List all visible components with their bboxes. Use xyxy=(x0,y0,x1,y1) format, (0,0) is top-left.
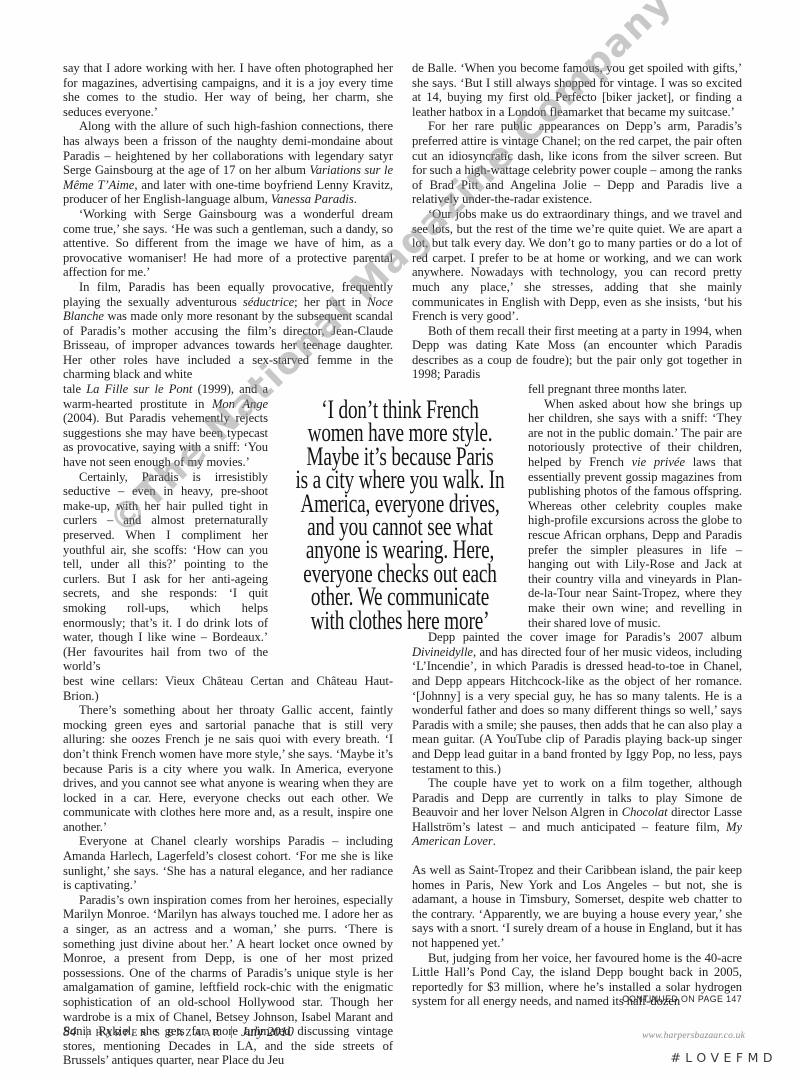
continued-note: CONTINUED ON PAGE 147 xyxy=(606,992,742,1007)
paragraph: ‘Our jobs make us do extraordinary thing… xyxy=(412,207,742,324)
paragraph: As well as Saint-Tropez and their Caribb… xyxy=(412,863,742,951)
footer-divider xyxy=(231,1026,232,1038)
paragraph: best wine cellars: Vieux Château Certan … xyxy=(63,674,393,703)
paragraph: Certainly, Paradis is irresistibly seduc… xyxy=(63,470,268,674)
paragraph: say that I adore working with her. I hav… xyxy=(63,61,393,119)
issue-date: July 2010 xyxy=(241,1024,294,1039)
paragraph: fell pregnant three months later. xyxy=(528,382,742,397)
footer-folio: 84HARPER’S BAZAARJuly 2010 xyxy=(63,1024,294,1040)
magazine-page: ©The National Magazine Company Limited s… xyxy=(0,0,800,1082)
pull-quote: ‘I don’t think French women have more st… xyxy=(278,398,522,632)
paragraph: Everyone at Chanel clearly worships Para… xyxy=(63,834,393,892)
footer-divider xyxy=(86,1026,87,1038)
paragraph: For her rare public appearances on Depp’… xyxy=(412,119,742,207)
paragraph: Paradis’s own inspiration comes from her… xyxy=(63,893,393,1068)
paragraph: ‘Working with Serge Gainsbourg was a won… xyxy=(63,207,393,280)
paragraph: Both of them recall their first meeting … xyxy=(412,324,742,382)
paragraph xyxy=(412,849,742,863)
site-url: www.harpersbazaar.co.uk xyxy=(545,1031,745,1041)
paragraph: tale La Fille sur le Pont (1999), and a … xyxy=(63,382,268,470)
paragraph: Depp painted the cover image for Paradis… xyxy=(412,630,742,776)
paragraph: In film, Paradis has been equally provoc… xyxy=(63,280,393,382)
magazine-title: HARPER’S BAZAAR xyxy=(96,1028,222,1039)
hashtag-lovefmd: #LOVEFMD xyxy=(577,1050,777,1065)
paragraph: There’s something about her throaty Gall… xyxy=(63,703,393,834)
page-number: 84 xyxy=(63,1024,77,1039)
paragraph: Along with the allure of such high-fashi… xyxy=(63,119,393,207)
paragraph: When asked about how she brings up her c… xyxy=(528,397,742,631)
paragraph: de Balle. ‘When you become famous, you g… xyxy=(412,61,742,119)
paragraph: But, judging from her voice, her favoure… xyxy=(412,951,742,1009)
paragraph: The couple have yet to work on a film to… xyxy=(412,776,742,849)
